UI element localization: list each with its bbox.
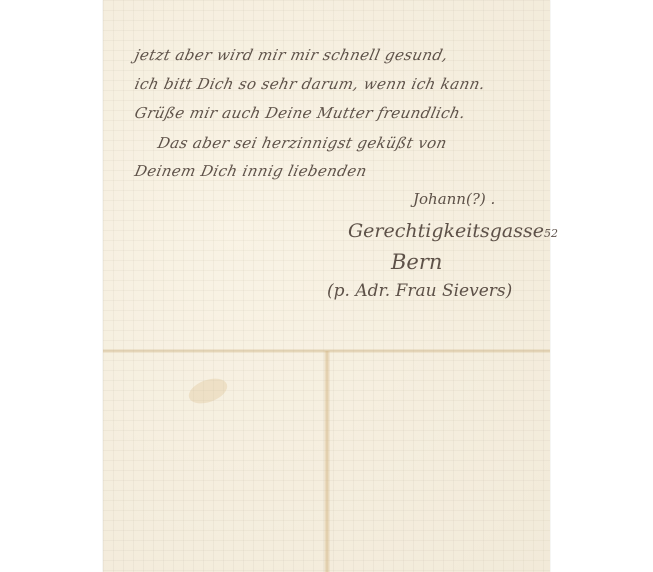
letter-line-1: jetzt aber wird mir mir schnell gesund, — [133, 46, 450, 64]
signature-street: Gerechtigkeitsgasse52 — [348, 220, 558, 242]
signature-city: Bern — [391, 250, 442, 274]
letter-line-3: Grüße mir auch Deine Mutter freundlich. — [133, 104, 467, 122]
street-number: 52 — [544, 227, 558, 240]
letter-line-2: ich bitt Dich so sehr darum, wenn ich ka… — [133, 75, 487, 93]
signature-closing: Johann(?) . — [413, 190, 495, 208]
street-name: Gerechtigkeitsgasse — [348, 220, 544, 242]
signature-care-of: (p. Adr. Frau Sievers) — [327, 281, 512, 301]
letter-line-5: Deinem Dich innig liebenden — [133, 162, 369, 180]
letter-page: jetzt aber wird mir mir schnell gesund, … — [103, 0, 550, 572]
letter-line-4: Das aber sei herzinnigst geküßt von — [156, 134, 449, 152]
vertical-fold-line — [324, 351, 330, 572]
paper-stain — [185, 374, 230, 408]
